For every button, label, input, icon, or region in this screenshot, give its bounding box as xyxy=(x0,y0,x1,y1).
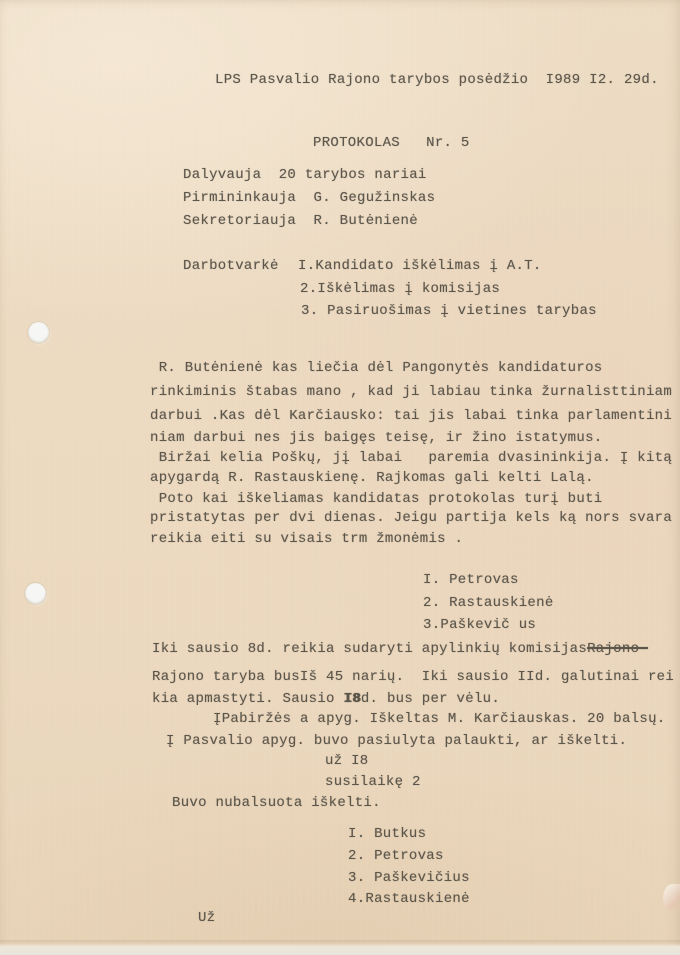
secretary-line: Sekretoriauja R. Butėnienė xyxy=(183,213,418,229)
body-line: Rajono taryba busIš 45 narių. Iki sausio… xyxy=(152,669,674,685)
scanned-protocol-page: LPS Pasvalio Rajono tarybos posėdžio I98… xyxy=(0,0,680,955)
attendance-line: Dalyvauja 20 tarybos nariai xyxy=(183,167,427,183)
page-bottom-edge xyxy=(0,940,680,955)
body-line: Poto kai iškeliamas kandidatas protokola… xyxy=(150,491,602,507)
candidate-list-item: 4.Rastauskienė xyxy=(348,891,470,907)
agenda-item: 2.Iškėlimas į komisijas xyxy=(300,281,500,297)
chairman-line: Pirmininkauja G. Gegužinskas xyxy=(183,190,435,206)
agenda-label: Darbotvarkė xyxy=(183,258,279,274)
candidate-list-item: 2. Rastauskienė xyxy=(423,595,554,611)
candidate-list-item: I. Butkus xyxy=(348,826,426,842)
body-line: darbui .Kas dėl Karčiausko: tai jis laba… xyxy=(150,408,672,424)
punch-hole-top xyxy=(28,322,49,343)
candidate-list-item: 3.Paškevič us xyxy=(423,617,536,633)
document-header: LPS Pasvalio Rajono tarybos posėdžio I98… xyxy=(215,72,659,88)
body-line-with-overstrike: kia apmastyti. Sausio I8d. bus per vėlu. xyxy=(152,691,500,707)
overstruck-chars: I8 xyxy=(343,691,360,707)
overstrike-post: d. bus per vėlu. xyxy=(361,691,500,707)
body-line: ĮPabiržės a apyg. Iškeltas M. Karčiauska… xyxy=(213,711,665,727)
overstrike-pre: kia apmastyti. Sausio xyxy=(152,691,343,707)
candidate-list-item: 3. Paškevičius xyxy=(348,870,470,886)
punch-hole-bottom xyxy=(25,583,46,604)
body-line: pristatytas per dvi dienas. Jeigu partij… xyxy=(150,510,672,526)
body-line: niam darbui nes jis baigęs teisę, ir žin… xyxy=(150,430,602,446)
document-title: PROTOKOLAS Nr. 5 xyxy=(313,135,470,151)
paper-tear-mark xyxy=(663,884,680,910)
vote-result-line: Buvo nubalsuota iškelti. xyxy=(172,795,381,811)
body-line-with-strikethrough: Iki sausio 8d. reikia sudaryti apylinkių… xyxy=(152,641,648,657)
agenda-item: I.Kandidato iškėlimas į A.T. xyxy=(298,258,542,274)
body-line: rinkiminis štabas mano , kad ji labiau t… xyxy=(150,384,672,400)
agenda-item: 3. Pasiruošimas į vietines tarybas xyxy=(301,303,597,319)
footer-line: Už xyxy=(198,910,215,926)
candidate-list-item: I. Petrovas xyxy=(423,572,519,588)
strike-line-pre: Iki sausio 8d. reikia sudaryti apylinkių… xyxy=(152,641,587,657)
vote-for-line: už I8 xyxy=(325,753,369,769)
vote-abstain-line: susilaikę 2 xyxy=(325,774,421,790)
body-line: Biržai kelia Poškų, jį labai paremia dva… xyxy=(150,450,672,466)
body-line: R. Butėnienė kas liečia dėl Pangonytės k… xyxy=(150,360,602,376)
struck-word: Rajono- xyxy=(587,641,648,657)
candidate-list-item: 2. Petrovas xyxy=(348,848,444,864)
body-line: Į Pasvalio apyg. buvo pasiulyta palaukti… xyxy=(166,733,627,749)
body-line: apygardą R. Rastauskienę. Rajkomas gali … xyxy=(150,470,594,486)
body-line: reikia eiti su visais trm žmonėmis . xyxy=(150,531,463,547)
